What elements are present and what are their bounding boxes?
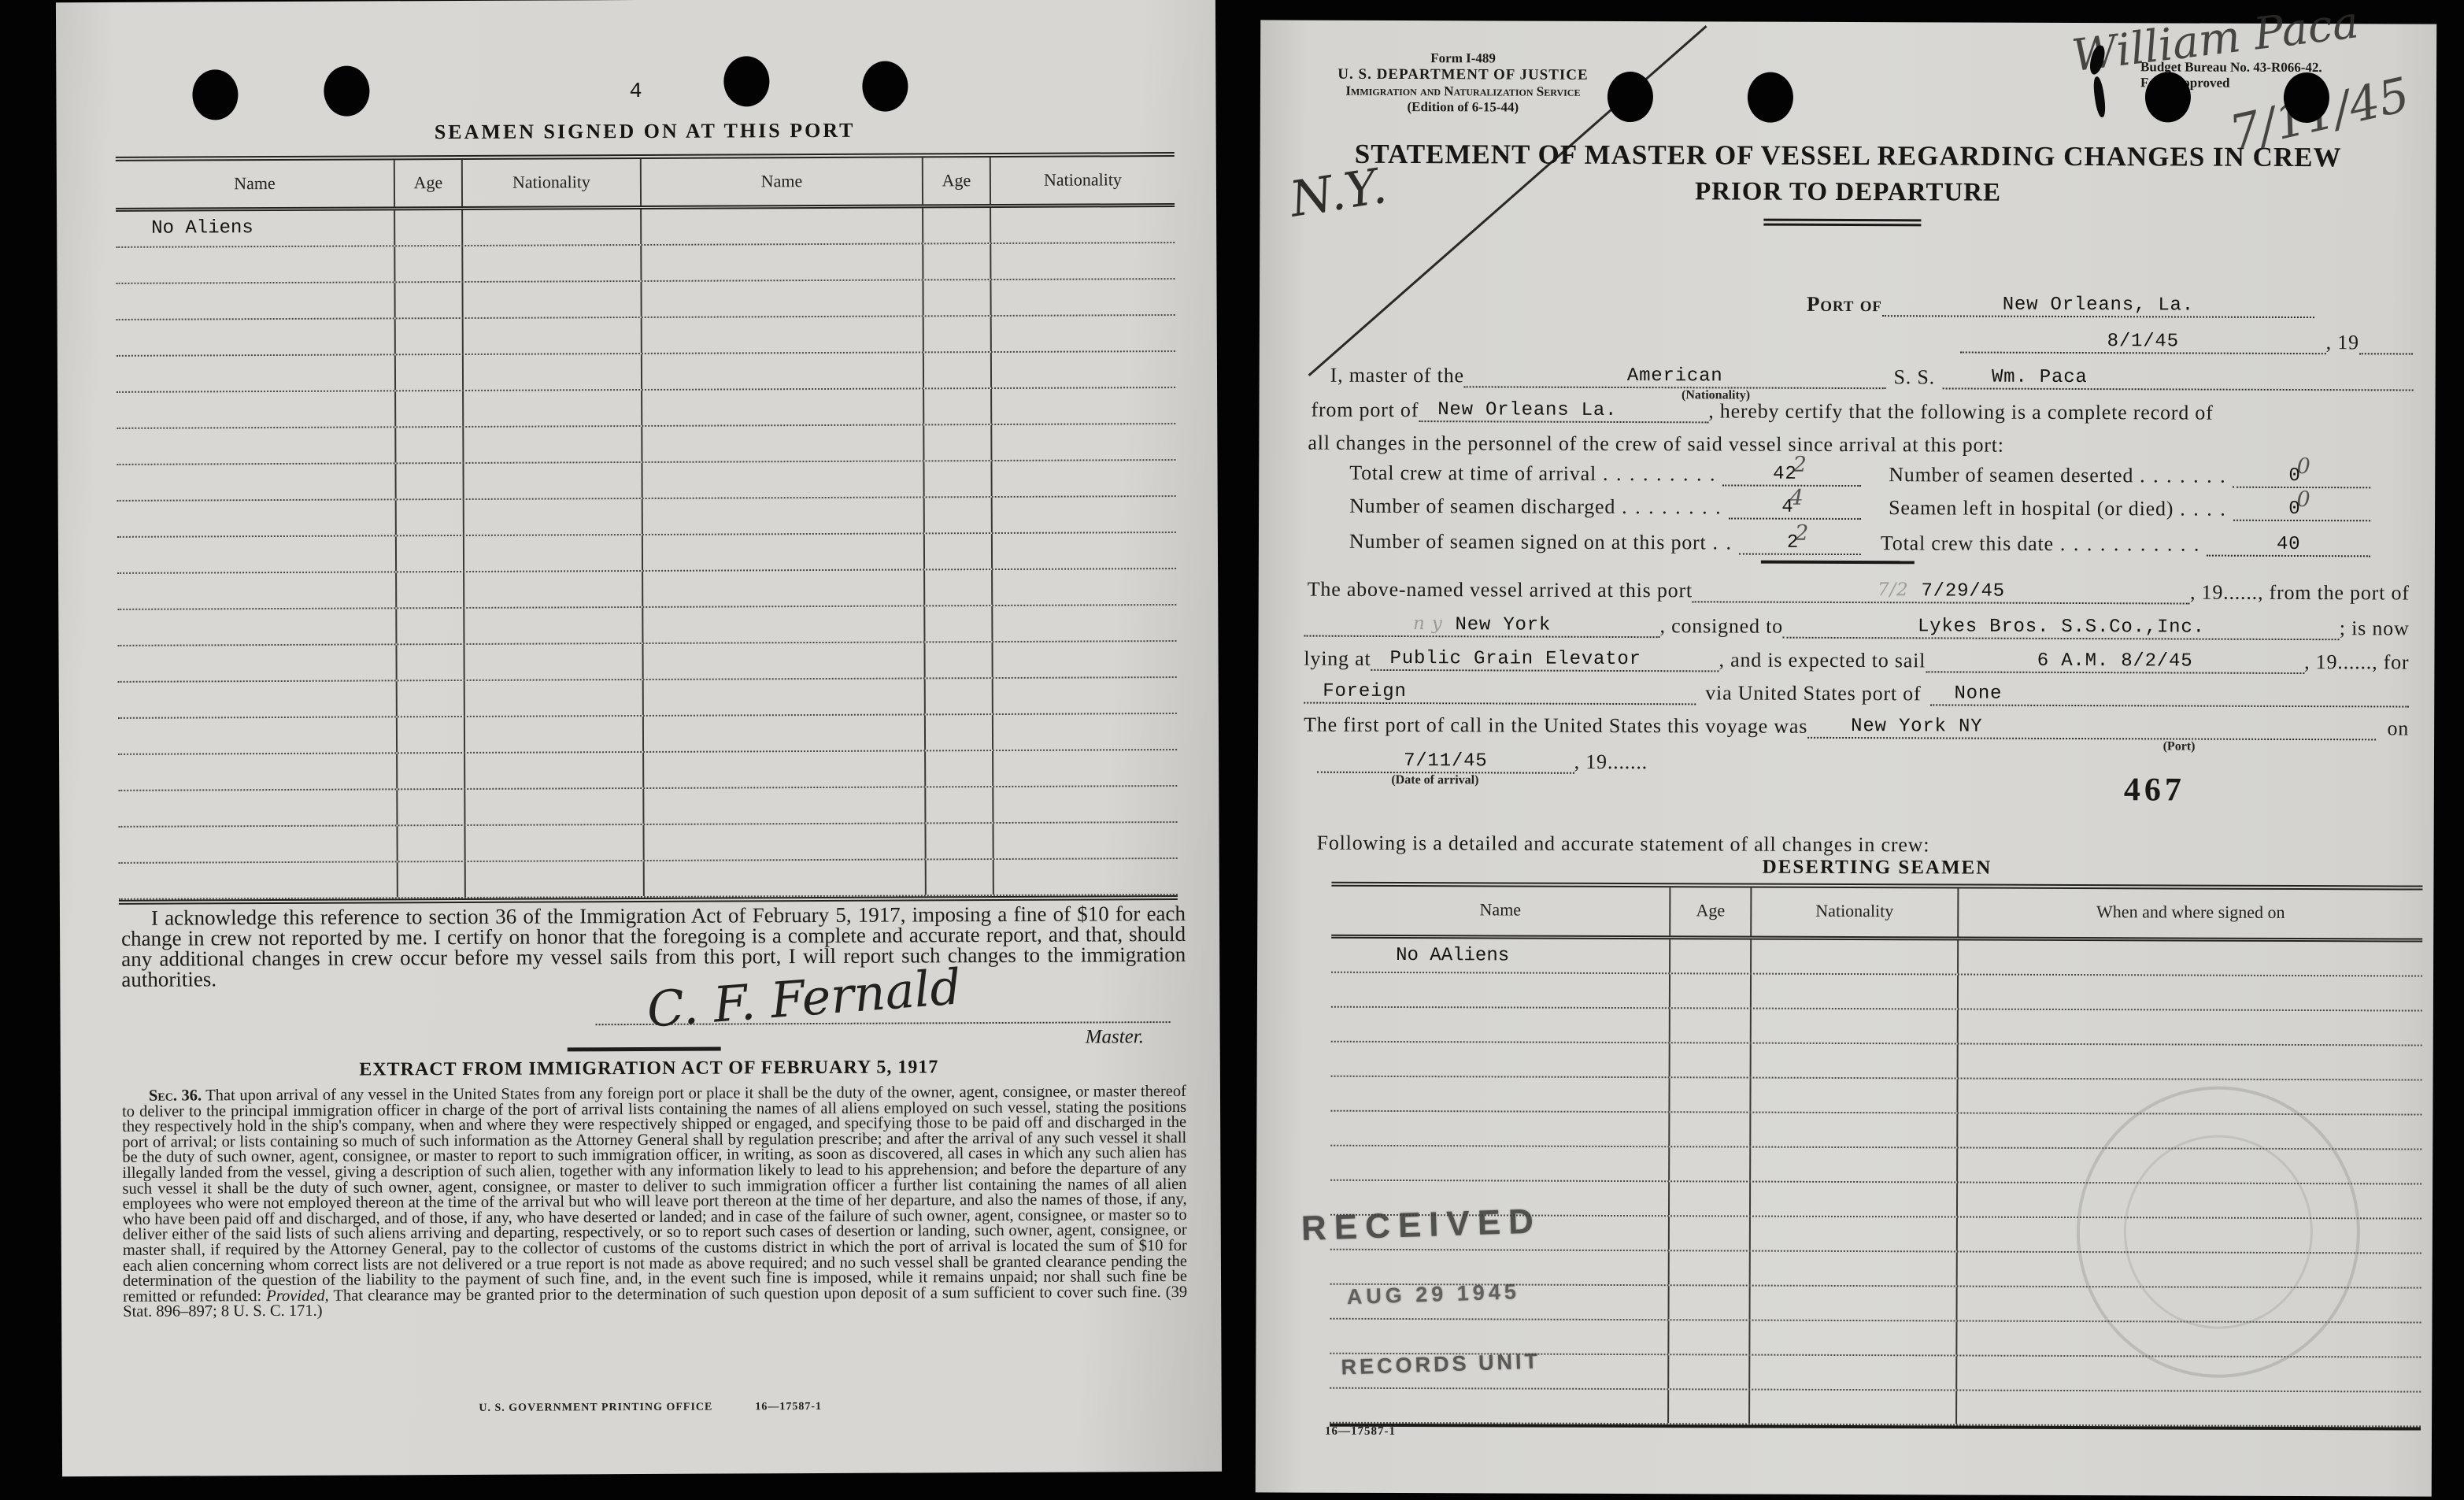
table-row (118, 787, 1177, 828)
empty-cell (990, 388, 1175, 424)
empty-cell (923, 389, 990, 424)
empty-cell (1748, 1321, 1955, 1355)
empty-cell (924, 679, 992, 713)
stat-seamen-deserted: Number of seamen deserted . . . . . . . … (1889, 457, 2370, 488)
handwritten-digit: 0 (2297, 454, 2311, 479)
table-row (117, 533, 1176, 574)
empty-cell (641, 317, 923, 353)
deserting-seamen-heading: DESERTING SEAMEN (1331, 855, 2422, 881)
empty-cell (1957, 1009, 2422, 1044)
empty-cell (990, 243, 1175, 279)
dot-leader: . . . . . . . . . . . (2060, 532, 2201, 557)
table-row (118, 714, 1177, 755)
empty-cell (923, 498, 991, 532)
empty-cell (394, 428, 462, 462)
empty-rows (116, 243, 1178, 900)
empty-cell (394, 464, 462, 498)
is-now-suffix: ; is now (2340, 617, 2410, 640)
empty-cell (642, 751, 924, 787)
empty-cell (1668, 1182, 1749, 1215)
empty-cell (1330, 1146, 1668, 1180)
stat-left-in-hospital: Seamen left in hospital (or died) . . . … (1889, 490, 2370, 521)
empty-cell (117, 391, 394, 428)
empty-cell (395, 609, 463, 643)
table-row (117, 642, 1176, 683)
empty-cell (1750, 1009, 1957, 1043)
col-header-nationality: Nationality (461, 159, 640, 206)
empty-cell (923, 353, 990, 387)
empty-cell (462, 391, 641, 426)
empty-cell (925, 860, 993, 894)
port-of-value: New Orleans, La. (2003, 294, 2194, 316)
arrival-year-label: , 19....... (1574, 750, 1648, 774)
dot-leader: . . . . . . . . (1622, 495, 1722, 519)
ink-blot (2092, 76, 2107, 118)
punch-hole (1748, 72, 1793, 123)
vessel-value: Wm. Paca (1992, 366, 2088, 387)
certify-line2: all changes in the personnel of the crew… (1308, 425, 2004, 457)
empty-cell (924, 715, 992, 750)
dot-leader: . . . . . . . . . (1603, 462, 1717, 487)
stat-total-crew-date: Total crew this date . . . . . . . . . .… (1881, 525, 2370, 557)
col-header-nationality: Nationality (1750, 888, 1957, 937)
empty-cell (1749, 1148, 1956, 1182)
stat-label: Seamen left in hospital (or died) (1889, 496, 2174, 520)
arrived-label: The above-named vessel arrived at this p… (1308, 578, 1693, 603)
empty-cell (1331, 1008, 1669, 1042)
stat-value: 40 (2277, 534, 2301, 555)
table-header-row: Name Age Nationality When and where sign… (1331, 887, 2422, 943)
dot-leader: . . (1713, 531, 1733, 554)
table-row: No AAliens (1331, 939, 2422, 977)
arrival-date-line: 7/11/45 , 19....... (1317, 743, 1648, 774)
port-of-label: Port of (1807, 292, 1882, 317)
empty-cell (117, 645, 395, 681)
empty-cell (1957, 1044, 2422, 1079)
empty-cell (641, 389, 923, 425)
empty-cell (1750, 975, 1957, 1009)
empty-cell (119, 862, 397, 898)
empty-cell (396, 826, 464, 861)
gpo-footer: U. S. GOVERNMENT PRINTING OFFICE 16—1758… (121, 1399, 1180, 1417)
punch-hole (862, 61, 908, 112)
lying-at-line: lying at Public Grain Elevator , and is … (1304, 641, 2409, 675)
empty-cell (1668, 1286, 1749, 1319)
table-row (119, 859, 1178, 900)
punch-hole (1608, 72, 1653, 122)
empty-cell (461, 209, 640, 245)
first-port-line: The first port of call in the United Sta… (1304, 707, 2409, 741)
empty-cell (117, 464, 394, 500)
empty-cell (463, 644, 642, 680)
file-number-stamp: 467 (2124, 771, 2185, 809)
empty-cell (991, 533, 1176, 569)
empty-cell (1957, 975, 2422, 1009)
dot-leader: . . . . . . . (2140, 464, 2227, 487)
nationality-value: American (1627, 365, 1723, 387)
arrival-date-caption: (Date of arrival) (1337, 773, 1534, 788)
port-date-value: 8/1/45 (2107, 331, 2179, 352)
table-header-row: Name Age Nationality Name Age Nationalit… (116, 157, 1175, 212)
acknowledgment-paragraph: I acknowledge this reference to section … (121, 903, 1186, 990)
empty-cell (1750, 940, 1957, 974)
stat-label: Number of seamen discharged (1349, 494, 1615, 519)
empty-cell (923, 461, 990, 496)
agency-block: Form I-489 U. S. DEPARTMENT OF JUSTICE I… (1308, 50, 1619, 116)
col-header-nationality: Nationality (990, 157, 1175, 204)
empty-cell (1749, 1113, 1956, 1147)
port-caption: (Port) (2061, 739, 2297, 754)
title-rule (1763, 219, 1921, 227)
empty-cell (924, 751, 992, 786)
empty-cell (117, 319, 394, 355)
handwritten-digit: 2 (1793, 452, 1807, 476)
table-row (117, 461, 1175, 502)
empty-cell (396, 717, 464, 752)
stat-seamen-discharged: Number of seamen discharged . . . . . . … (1349, 488, 1861, 520)
stat-label: Total crew at time of arrival (1349, 461, 1596, 486)
empty-cell (117, 500, 395, 536)
empty-cell (1748, 1391, 1955, 1424)
lying-value: Public Grain Elevator (1390, 648, 1641, 670)
sail-suffix: , 19......, for (2304, 650, 2409, 674)
empty-cell (642, 824, 924, 860)
empty-cell (640, 244, 922, 280)
sail-label: , and is expected to sail (1719, 648, 1926, 672)
empty-cell (922, 244, 990, 279)
first-port-value: New York NY (1851, 716, 1982, 738)
print-code: 16—17587-1 (755, 1401, 822, 1413)
stats-divider-rule (1761, 561, 1915, 565)
empty-cell (642, 715, 924, 751)
empty-cell (464, 861, 643, 897)
seamen-signed-on-table: Name Age Nationality Name Age Nationalit… (116, 152, 1178, 905)
empty-cell (1749, 1079, 1956, 1113)
signature-title: Master. (1086, 1026, 1144, 1048)
empty-cell (993, 859, 1178, 894)
arrived-suffix: , 19......, from the port of (2190, 581, 2410, 606)
col-header-age: Age (394, 160, 461, 206)
extract-heading: EXTRACT FROM IMMIGRATION ACT OF FEBRUARY… (120, 1056, 1178, 1082)
punch-hole (2284, 72, 2329, 123)
empty-cell (396, 681, 464, 716)
empty-cell (642, 787, 924, 824)
table-row (117, 497, 1176, 538)
consigned-label: , consigned to (1660, 614, 1783, 639)
empty-cell (922, 280, 990, 315)
empty-cell (923, 534, 991, 569)
empty-cell (992, 787, 1177, 822)
empty-cell (464, 825, 642, 861)
empty-cell (394, 355, 462, 390)
empty-cell (991, 642, 1176, 677)
empty-cell (924, 824, 992, 858)
table-row (117, 569, 1176, 610)
table-row (118, 750, 1177, 791)
extract-paragraph: Sec. 36. That upon arrival of any vessel… (122, 1084, 1187, 1320)
received-stamp-word: RECEIVED (1300, 1202, 1541, 1249)
stat-signed-on: Number of seamen signed on at this port … (1349, 524, 1861, 555)
empty-cell (117, 572, 395, 609)
dot-leader: . . . . (2180, 497, 2227, 520)
gpo-office-text: U. S. GOVERNMENT PRINTING OFFICE (479, 1402, 712, 1414)
empty-cell (640, 280, 922, 317)
empty-cell (992, 714, 1177, 750)
handwritten-digit: 4 (1789, 485, 1804, 509)
empty-cell (394, 246, 461, 281)
empty-cell (117, 609, 395, 645)
extract-body-text: That upon arrival of any vessel in the U… (122, 1083, 1187, 1306)
typed-entry: No AAliens (1331, 939, 1669, 972)
empty-cell (923, 606, 991, 641)
punch-hole (324, 65, 369, 116)
arrived-line: The above-named vessel arrived at this p… (1308, 572, 2410, 606)
empty-cell (992, 750, 1177, 786)
received-stamp-date: AUG 29 1945 (1346, 1279, 1544, 1309)
empty-cell (394, 391, 462, 426)
stat-label: Number of seamen signed on at this port (1349, 530, 1707, 555)
empty-cell (640, 208, 922, 244)
empty-cell (464, 717, 642, 752)
empty-cell (642, 643, 923, 679)
stat-label: Total crew this date (1881, 531, 2054, 556)
empty-cell (991, 497, 1176, 532)
arrived-date-value: 7/29/45 (1921, 580, 2005, 602)
table-row (1331, 1043, 2422, 1081)
empty-cell (1330, 1389, 1667, 1423)
pencil-note: 7/2 (1878, 580, 1909, 600)
empty-cell (923, 643, 991, 677)
empty-cell (118, 681, 396, 717)
from-port-value: New Orleans La. (1437, 399, 1617, 421)
department-name: U. S. DEPARTMENT OF JUSTICE (1308, 66, 1619, 84)
received-stamp: RECEIVED AUG 29 1945 RECORDS UNIT (1300, 1202, 1546, 1380)
empty-cell (118, 717, 396, 754)
table-row (116, 280, 1175, 320)
punch-hole (723, 56, 769, 106)
empty-cell (395, 645, 463, 680)
empty-cell (992, 823, 1177, 858)
empty-cell (461, 246, 640, 281)
empty-cell (990, 280, 1175, 315)
empty-cell (1957, 940, 2422, 975)
empty-cell (1330, 1112, 1668, 1146)
certify-suffix: , hereby certify that the following is a… (1708, 399, 2213, 424)
empty-cell (462, 463, 641, 498)
empty-cell (117, 428, 394, 464)
faint-circular-stamp-inner (2123, 1135, 2313, 1329)
empty-cell (463, 608, 642, 643)
empty-cell (1748, 1356, 1955, 1390)
col-header-signed-on: When and where signed on (1957, 888, 2422, 938)
empty-cell (642, 498, 923, 534)
empty-cell (641, 461, 923, 498)
page-number: 4 (629, 80, 642, 104)
table-row (117, 316, 1175, 357)
empty-cell (1750, 1044, 1957, 1078)
empty-cell (464, 753, 642, 788)
empty-cell (1669, 974, 1750, 1007)
empty-cell (1668, 1078, 1749, 1111)
empty-cell (990, 207, 1175, 243)
empty-cell (1669, 1009, 1750, 1042)
empty-cell (1955, 1391, 2421, 1425)
empty-cell (395, 500, 463, 535)
scanned-document: 4 SEAMEN SIGNED ON AT THIS PORT Name Age… (0, 0, 2464, 1500)
empty-cell (641, 425, 923, 461)
empty-cell (642, 534, 923, 570)
via-line: Foreign via United States port of None (1304, 674, 2409, 708)
empty-cell (462, 318, 641, 354)
stat-label: Number of seamen deserted (1889, 463, 2133, 487)
col-header-name: Name (116, 160, 394, 208)
ss-label: S. S. (1886, 365, 1944, 389)
via-label: via United States port of (1696, 681, 1930, 706)
table-row (117, 424, 1175, 465)
empty-cell (394, 283, 461, 317)
empty-cell (923, 570, 991, 605)
via-value: None (1954, 683, 2002, 704)
empty-cell (1669, 1043, 1750, 1076)
empty-cell (395, 536, 463, 571)
empty-cell (1668, 1217, 1749, 1250)
empty-cell (116, 283, 394, 319)
empty-cell (462, 354, 641, 390)
on-label: on (2376, 717, 2409, 740)
empty-cell (991, 606, 1176, 641)
master-line: I, master of the American S. S. Wm. Paca (1330, 357, 2414, 391)
empty-cell (641, 353, 923, 389)
from-port-label: from port of (1311, 398, 1419, 422)
master-prefix: I, master of the (1330, 364, 1464, 388)
certify-line2-text: all changes in the personnel of the crew… (1308, 431, 2004, 457)
table-row (118, 823, 1177, 864)
form-number: Form I-489 (1308, 50, 1619, 67)
handwritten-digit: 2 (1795, 520, 1809, 545)
empty-cell (395, 572, 463, 607)
lying-label: lying at (1304, 647, 1371, 671)
empty-cell (642, 606, 923, 643)
empty-cell (1667, 1390, 1748, 1423)
table-row (116, 243, 1175, 284)
empty-cell (923, 317, 990, 351)
empty-cell (990, 352, 1175, 387)
empty-cell (1749, 1252, 1956, 1286)
form-title-line1: STATEMENT OF MASTER OF VESSEL REGARDING … (1292, 139, 2405, 174)
col-header-name: Name (1331, 887, 1669, 935)
empty-cell (1669, 939, 1750, 972)
empty-cell (1667, 1355, 1748, 1388)
year-label: , 19 (2326, 331, 2359, 354)
empty-cell (1668, 1147, 1749, 1180)
print-code: 16—17587-1 (1325, 1425, 1396, 1439)
port-of-line: Port of New Orleans, La. (1807, 287, 2314, 318)
sail-value: 6 A.M. 8/2/45 (2037, 650, 2193, 672)
empty-cell (1749, 1217, 1956, 1251)
prior-port-value: New York (1455, 614, 1551, 635)
punch-hole (2145, 72, 2191, 122)
empty-cell (1331, 1043, 1669, 1076)
empty-cell (394, 319, 462, 354)
following-text: Following is a detailed and accurate sta… (1317, 831, 1930, 857)
table-row: No Aliens (116, 207, 1175, 248)
empty-cell (117, 536, 395, 572)
empty-cell (1331, 973, 1669, 1007)
empty-cell (464, 680, 642, 716)
empty-cell (1749, 1183, 1956, 1217)
following-line: Following is a detailed and accurate sta… (1317, 825, 1930, 857)
consignee-value: Lykes Bros. S.S.Co.,Inc. (1918, 616, 2205, 638)
table-row (1331, 1008, 2422, 1046)
empty-cell (1668, 1113, 1749, 1146)
empty-cell (462, 427, 641, 462)
table-row (117, 388, 1175, 429)
empty-cell (1749, 1287, 1956, 1320)
destination-value: Foreign (1323, 680, 1407, 702)
empty-cell (642, 570, 923, 606)
table-row (117, 352, 1175, 393)
handwritten-digit: 0 (2297, 487, 2311, 512)
empty-cell (463, 499, 642, 535)
empty-cell (990, 461, 1175, 496)
empty-cell (990, 424, 1175, 460)
empty-cell (924, 787, 992, 822)
from-port-line: from port of New Orleans La. , hereby ce… (1311, 392, 2413, 426)
section-divider-rule (568, 1047, 721, 1052)
port-date-line: 8/1/45 , 19 (1960, 324, 2413, 355)
col-header-age: Age (1669, 887, 1750, 935)
empty-cell (1668, 1251, 1749, 1284)
empty-cell (118, 754, 396, 790)
pencil-note: n y (1413, 613, 1443, 634)
right-page: Form I-489 U. S. DEPARTMENT OF JUSTICE I… (1256, 20, 2437, 1496)
col-header-name: Name (640, 157, 922, 206)
empty-cell (116, 246, 394, 283)
arrival-date-value: 7/11/45 (1404, 750, 1488, 772)
table-row (117, 606, 1176, 646)
empty-cell (990, 316, 1175, 351)
empty-cell (118, 790, 396, 826)
empty-cell (397, 862, 464, 897)
empty-cell (394, 210, 461, 245)
service-name: Immigration and Naturalization Service (1308, 83, 1619, 100)
form-title-line2: PRIOR TO DEPARTURE (1291, 176, 2404, 209)
empty-cell (1330, 1077, 1668, 1111)
table-row (1331, 973, 2422, 1012)
empty-cell (463, 535, 642, 571)
empty-cell (1667, 1320, 1748, 1354)
consigned-line: n yNew York , consigned to Lykes Bros. S… (1304, 607, 2410, 641)
empty-cell (461, 282, 640, 317)
empty-cell (642, 679, 924, 715)
col-header-age: Age (922, 157, 990, 204)
empty-cell (922, 208, 990, 243)
empty-cell (117, 355, 394, 391)
table-row (1330, 1389, 2421, 1428)
edition-note: (Edition of 6-15-44) (1308, 99, 1619, 116)
table-row (118, 678, 1177, 719)
empty-cell (396, 754, 464, 788)
left-page: 4 SEAMEN SIGNED ON AT THIS PORT Name Age… (56, 0, 1222, 1476)
left-table-title: SEAMEN SIGNED ON AT THIS PORT (116, 117, 1175, 146)
stat-total-crew-arrival: Total crew at time of arrival . . . . . … (1349, 455, 1861, 487)
empty-cell (118, 826, 396, 862)
typed-entry: No Aliens (116, 210, 394, 246)
empty-cell (464, 789, 642, 824)
empty-cell (643, 860, 925, 896)
empty-cell (992, 678, 1177, 713)
empty-cell (923, 425, 990, 460)
